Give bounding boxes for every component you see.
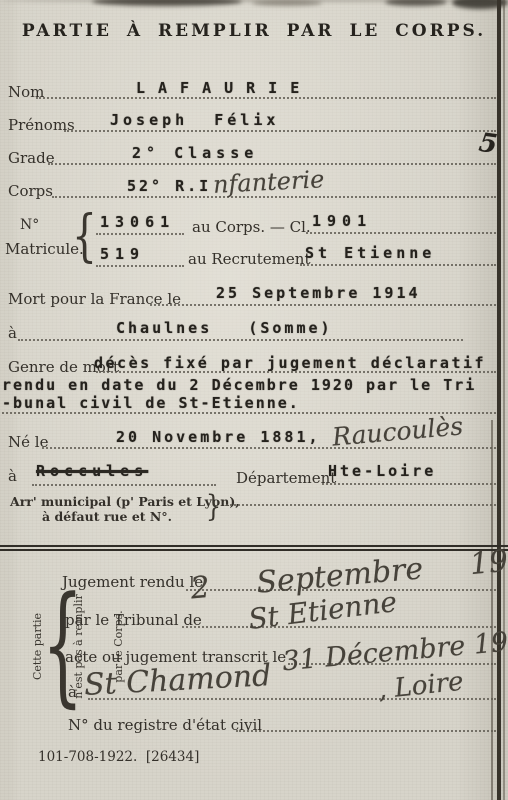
scan-smudge [385, 0, 447, 6]
section-divider-top [0, 545, 508, 547]
lieu-naissance-label: à [8, 467, 17, 485]
footer-reference: 101-708-1922. [26434] [38, 749, 199, 765]
classe-value: 1901 [312, 212, 372, 230]
registre-label: N° du registre d'état civil [68, 716, 262, 734]
corps-value-handwritten: nfanterie [212, 165, 325, 199]
prenoms-dotted-line [64, 130, 496, 132]
arrondissement-label-line2: à défaut rue et N°. [42, 509, 172, 524]
matricule-recrutement-number: 519 [100, 245, 145, 263]
lieu-deces-value: Chaulnes (Somme) [116, 319, 333, 337]
matricule-brace: { [72, 206, 97, 268]
genre-mort-line1: décès fixé par jugement déclaratif [94, 354, 486, 372]
grade-value: 2° Classe [132, 144, 258, 162]
matricule-dotted-b2 [300, 264, 496, 266]
matricule-dotted-a2 [306, 232, 496, 234]
margin-page-number: 5 [477, 128, 499, 160]
lieu-naissance-dotted-1 [32, 484, 216, 486]
jugement-label: Jugement rendu le [62, 573, 203, 591]
corps-value-typed: 52° R.I [127, 177, 211, 195]
mort-date-value: 25 Septembre 1914 [216, 284, 421, 302]
departement-value: Hte-Loire [328, 462, 436, 480]
scan-smudge [92, 0, 242, 6]
page-edge-line-3 [503, 0, 505, 800]
arrondissement-brace: } [206, 491, 221, 523]
form-title: PARTIE À REMPLIR PAR LE CORPS. [0, 21, 508, 41]
transcription-date-handwritten: 31 Décembre 1920 [281, 624, 508, 678]
lieu-naissance-dotted-2 [322, 483, 496, 485]
arrondissement-dotted-line [226, 504, 496, 506]
naissance-lieu-handwritten: Raucoulès [331, 411, 464, 451]
corps-dotted-line [52, 196, 496, 198]
lieu-naissance-value-struck: Roccules [36, 462, 148, 480]
mort-dotted-line [150, 304, 496, 306]
naissance-date-value: 20 Novembre 1881, [116, 428, 321, 446]
nom-value: LAFAURIE [136, 79, 312, 97]
au-recrutement-label: au Recrutement [188, 250, 310, 268]
genre-mort-dotted-2 [2, 412, 496, 414]
lieu-deces-label: à [8, 324, 17, 342]
registre-dotted-line [236, 730, 496, 732]
naissance-dotted-line [42, 447, 496, 449]
corps-label: Corps [8, 182, 53, 200]
grade-dotted-line [48, 163, 496, 165]
page-edge-line [497, 0, 501, 800]
tribunal-dotted-line [182, 626, 496, 628]
matricule-corps-number: 13061 [100, 213, 175, 231]
matricule-dotted-a1 [96, 233, 184, 235]
lieu-deces-dotted-line [18, 339, 463, 341]
lieu-transcription-label: à [68, 683, 77, 701]
nom-dotted-line [36, 97, 496, 99]
scan-smudge [252, 0, 322, 6]
matricule-label-line1: N° [20, 217, 39, 233]
genre-mort-line3: -bunal civil de St-Etienne. [2, 394, 300, 412]
prenoms-value: Joseph Félix [110, 111, 279, 129]
recrutement-bureau-value: St Etienne [305, 244, 435, 262]
au-corps-label: au Corps. — Cl. [192, 218, 311, 236]
record-card: 5 PARTIE À REMPLIR PAR LE CORPS. Nom LAF… [0, 0, 508, 800]
genre-mort-line2: rendu en date du 2 Décembre 1920 par le … [2, 376, 476, 394]
page-edge-line-2 [491, 420, 493, 800]
matricule-dotted-b1 [96, 265, 184, 267]
